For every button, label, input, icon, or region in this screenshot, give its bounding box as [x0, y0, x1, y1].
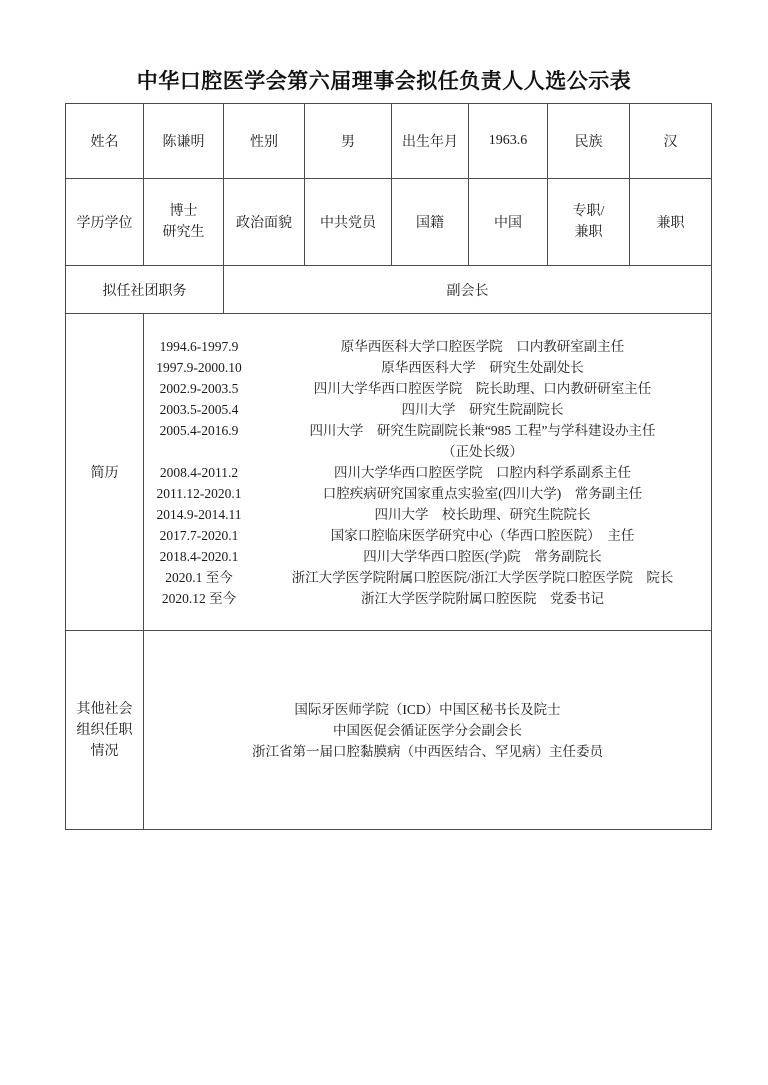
degree-label-cell: 学历学位 — [66, 179, 144, 266]
political-value-cell: 中共党员 — [305, 179, 392, 266]
resume-entry-date: 2002.9-2003.5 — [144, 378, 254, 399]
resume-entry: 2020.1 至今浙江大学医学院附属口腔医院/浙江大学医学院口腔医学院 院长 — [144, 567, 711, 588]
political-label-cell: 政治面貌 — [224, 179, 305, 266]
resume-entry: 2014.9-2014.11四川大学 校长助理、研究生院院长 — [144, 504, 711, 525]
resume-entry: 2017.7-2020.1国家口腔临床医学研究中心（华西口腔医院） 主任 — [144, 525, 711, 546]
name-label-cell: 姓名 — [66, 104, 144, 179]
resume-entry-date: 1994.6-1997.9 — [144, 336, 254, 357]
table-row: 学历学位 博士 研究生 政治面貌 中共党员 国籍 中国 专职/ 兼职 兼职 — [66, 179, 712, 266]
ethnic-label-cell: 民族 — [548, 104, 630, 179]
resume-entry-date: 1997.9-2000.10 — [144, 357, 254, 378]
birth-label-cell: 出生年月 — [392, 104, 469, 179]
jobtype-label-cell: 专职/ 兼职 — [548, 179, 630, 266]
resume-entry: 2005.4-2016.9四川大学 研究生院副院长兼“985 工程”与学科建设办… — [144, 420, 711, 462]
table-row: 姓名 陈谦明 性别 男 出生年月 1963.6 民族 汉 — [66, 104, 712, 179]
resume-entry-date: 2020.12 至今 — [144, 588, 254, 609]
other-entry: 中国医促会循证医学分会副会长 — [144, 720, 711, 741]
nationality-label-cell: 国籍 — [392, 179, 469, 266]
resume-entry: 1994.6-1997.9原华西医科大学口腔医学院 口内教研室副主任 — [144, 336, 711, 357]
resume-entry-desc: 四川大学 研究生院副院长兼“985 工程”与学科建设办主任 （正处长级） — [254, 420, 711, 462]
resume-entry: 2018.4-2020.1四川大学华西口腔医(学)院 常务副院长 — [144, 546, 711, 567]
other-label-cell: 其他社会 组织任职 情况 — [66, 631, 144, 830]
resume-entry-desc: 国家口腔临床医学研究中心（华西口腔医院） 主任 — [254, 525, 711, 546]
document-page: 中华口腔医学会第六届理事会拟任负责人人选公示表 姓名 陈谦明 性别 男 出生年月… — [0, 0, 768, 1085]
table-row: 其他社会 组织任职 情况 国际牙医师学院（ICD）中国区秘书长及院士 中国医促会… — [66, 631, 712, 830]
position-label-cell: 拟任社团职务 — [66, 266, 224, 314]
other-entry: 国际牙医师学院（ICD）中国区秘书长及院士 — [144, 699, 711, 720]
resume-entry-desc: 原华西医科大学口腔医学院 口内教研室副主任 — [254, 336, 711, 357]
ethnic-value-cell: 汉 — [630, 104, 712, 179]
birth-value-cell: 1963.6 — [469, 104, 548, 179]
resume-entry: 2003.5-2005.4四川大学 研究生院副院长 — [144, 399, 711, 420]
resume-entry-desc: 四川大学 校长助理、研究生院院长 — [254, 504, 711, 525]
resume-entry-desc: 四川大学华西口腔医学院 院长助理、口内教研研室主任 — [254, 378, 711, 399]
resume-entry-date: 2005.4-2016.9 — [144, 420, 254, 462]
resume-entry: 1997.9-2000.10原华西医科大学 研究生处副处长 — [144, 357, 711, 378]
resume-entry-date: 2003.5-2005.4 — [144, 399, 254, 420]
resume-entry-desc: 四川大学华西口腔医(学)院 常务副院长 — [254, 546, 711, 567]
nationality-value-cell: 中国 — [469, 179, 548, 266]
resume-entry: 2008.4-2011.2四川大学华西口腔医学院 口腔内科学系副系主任 — [144, 462, 711, 483]
resume-entry-date: 2018.4-2020.1 — [144, 546, 254, 567]
resume-entry-date: 2014.9-2014.11 — [144, 504, 254, 525]
other-content-cell: 国际牙医师学院（ICD）中国区秘书长及院士 中国医促会循证医学分会副会长 浙江省… — [144, 631, 712, 830]
gender-value-cell: 男 — [305, 104, 392, 179]
resume-entry-desc: 原华西医科大学 研究生处副处长 — [254, 357, 711, 378]
resume-entry-date: 2011.12-2020.1 — [144, 483, 254, 504]
resume-entry-date: 2020.1 至今 — [144, 567, 254, 588]
resume-entry: 2011.12-2020.1口腔疾病研究国家重点实验室(四川大学) 常务副主任 — [144, 483, 711, 504]
resume-entry-desc: 浙江大学医学院附属口腔医院 党委书记 — [254, 588, 711, 609]
other-entry: 浙江省第一届口腔黏膜病（中西医结合、罕见病）主任委员 — [144, 741, 711, 762]
table-row: 简历 1994.6-1997.9原华西医科大学口腔医学院 口内教研室副主任 19… — [66, 314, 712, 631]
resume-entry-desc: 浙江大学医学院附属口腔医院/浙江大学医学院口腔医学院 院长 — [254, 567, 711, 588]
resume-entry: 2002.9-2003.5四川大学华西口腔医学院 院长助理、口内教研研室主任 — [144, 378, 711, 399]
jobtype-value-cell: 兼职 — [630, 179, 712, 266]
disclosure-table: 姓名 陈谦明 性别 男 出生年月 1963.6 民族 汉 学历学位 博士 研究生… — [65, 103, 712, 830]
name-value-cell: 陈谦明 — [144, 104, 224, 179]
resume-entry-desc: 四川大学 研究生院副院长 — [254, 399, 711, 420]
other-list: 国际牙医师学院（ICD）中国区秘书长及院士 中国医促会循证医学分会副会长 浙江省… — [144, 699, 711, 762]
page-title: 中华口腔医学会第六届理事会拟任负责人人选公示表 — [0, 68, 768, 96]
resume-list: 1994.6-1997.9原华西医科大学口腔医学院 口内教研室副主任 1997.… — [144, 336, 711, 609]
resume-entry: 2020.12 至今浙江大学医学院附属口腔医院 党委书记 — [144, 588, 711, 609]
gender-label-cell: 性别 — [224, 104, 305, 179]
resume-label-cell: 简历 — [66, 314, 144, 631]
resume-entry-date: 2008.4-2011.2 — [144, 462, 254, 483]
degree-value-cell: 博士 研究生 — [144, 179, 224, 266]
table-row: 拟任社团职务 副会长 — [66, 266, 712, 314]
resume-content-cell: 1994.6-1997.9原华西医科大学口腔医学院 口内教研室副主任 1997.… — [144, 314, 712, 631]
resume-entry-date: 2017.7-2020.1 — [144, 525, 254, 546]
position-value-cell: 副会长 — [224, 266, 712, 314]
resume-entry-desc: 四川大学华西口腔医学院 口腔内科学系副系主任 — [254, 462, 711, 483]
resume-entry-desc: 口腔疾病研究国家重点实验室(四川大学) 常务副主任 — [254, 483, 711, 504]
